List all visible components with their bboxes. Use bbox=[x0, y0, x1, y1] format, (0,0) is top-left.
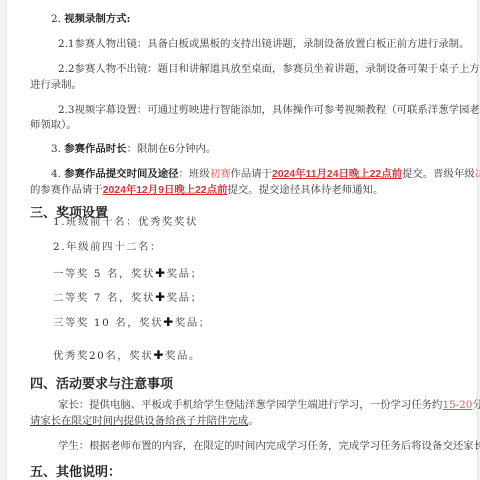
other-notes-heading: 五、其他说明： bbox=[30, 461, 121, 480]
section-2-title: 2. 视频录制方式: bbox=[51, 12, 130, 26]
section-2-label: 视频录制方式: bbox=[64, 13, 130, 25]
text: 作品请于 bbox=[230, 168, 272, 180]
plus-icon: ✚ bbox=[155, 290, 167, 304]
award-text: 奖品； bbox=[167, 292, 203, 304]
paragraph-2-1: 2.1参赛人物出镜：具备白板或黑板的支持出镜讲题，录制设备放置白板正前方进行录制… bbox=[58, 37, 469, 51]
paragraph-2-2-line2: 进行录制。 bbox=[30, 78, 82, 92]
parent-paragraph-line1: 家长：提供电脑、平板或手机给学生登陆洋葱学园学生端进行学习，一份学习任务约15-… bbox=[58, 398, 480, 412]
final-deadline: 2024年12月9日晚上22点前 bbox=[103, 185, 228, 196]
preliminary-deadline: 2024年11月24日晚上22点前 bbox=[272, 169, 402, 180]
section-3-text: ：限制在6分钟内。 bbox=[127, 143, 217, 155]
plus-icon: ✚ bbox=[163, 315, 175, 329]
study-time-range: 15-20 bbox=[442, 399, 472, 411]
award-text: 优秀奖20名，奖状 bbox=[53, 350, 153, 362]
award-text: 奖品； bbox=[167, 268, 203, 280]
section-3-label: 参赛作品时长 bbox=[64, 143, 126, 155]
award-text: 奖品。 bbox=[165, 350, 201, 362]
text: 提交。晋级年级 bbox=[402, 168, 475, 180]
award-text: 二等奖 7 名，奖状 bbox=[53, 292, 155, 304]
final-round-label: 决赛 bbox=[475, 168, 480, 180]
award-item-2: 2.年级前四十二名： bbox=[53, 240, 162, 254]
section-2-number: 2. bbox=[51, 13, 61, 25]
student-paragraph: 学生：根据老师布置的内容，在限定的时间内完成学习任务，完成学习任务后将设备交还家… bbox=[58, 439, 480, 453]
award-row-first-prize: 一等奖 5 名，奖状✚奖品； bbox=[53, 266, 203, 281]
section-4-label: 参赛作品提交时间及途径 bbox=[64, 168, 178, 180]
parent-paragraph-line2: 请家长在限定时间内提供设备给孩子并陪伴完成。 bbox=[30, 414, 259, 428]
paragraph-3: 3. 参赛作品时长：限制在6分钟内。 bbox=[51, 142, 216, 156]
text: 。 bbox=[248, 415, 258, 427]
text: 家长：提供电脑、平板或手机给学生登陆洋葱学园学生端进行学习，一份学习任务约 bbox=[58, 399, 442, 411]
paragraph-4-line1: 4. 参赛作品提交时间及途径：班级初赛作品请于2024年11月24日晚上22点前… bbox=[51, 167, 480, 182]
text: 的参赛作品请于 bbox=[30, 184, 103, 196]
award-text: 奖品； bbox=[175, 317, 211, 329]
section-4-number: 4. bbox=[51, 168, 61, 180]
plus-icon: ✚ bbox=[155, 266, 167, 280]
award-row-second-prize: 二等奖 7 名，奖状✚奖品； bbox=[53, 290, 203, 305]
award-row-third-prize: 三等奖 10 名，奖状✚奖品； bbox=[53, 315, 211, 330]
document-page: 2. 视频录制方式: 2.1参赛人物出镜：具备白板或黑板的支持出镜讲题，录制设备… bbox=[6, 0, 478, 480]
award-item-1: 1.班级前十名：优秀奖奖状 bbox=[53, 215, 198, 229]
paragraph-2-2-line1: 2.2参赛人物不出镜：题目和讲解道具放至桌面，参赛员坐着讲题，录制设备可架于桌子… bbox=[58, 62, 480, 76]
paragraph-2-3-line2: 师领取）。 bbox=[30, 118, 77, 132]
award-text: 一等奖 5 名，奖状 bbox=[53, 268, 155, 280]
parent-instruction-underlined: 请家长在限定时间内提供设备给孩子并陪伴完成 bbox=[30, 415, 248, 427]
preliminary-round-label: 初赛 bbox=[210, 168, 231, 180]
text: 分钟， bbox=[472, 399, 480, 411]
section-3-number: 3. bbox=[51, 143, 61, 155]
plus-icon: ✚ bbox=[153, 348, 165, 362]
text: ：班级 bbox=[179, 168, 210, 180]
text: 提交。提交途径具体待老师通知。 bbox=[227, 184, 383, 196]
paragraph-4-line2: 的参赛作品请于2024年12月9日晚上22点前提交。提交途径具体待老师通知。 bbox=[30, 183, 383, 198]
paragraph-2-3-line1: 2.3视频字幕设置：可通过剪映进行智能添加，具体操作可参考视频教程（可联系洋葱学… bbox=[58, 103, 480, 117]
award-row-excellence: 优秀奖20名，奖状✚奖品。 bbox=[53, 348, 201, 363]
award-text: 三等奖 10 名，奖状 bbox=[53, 317, 163, 329]
requirements-heading: 四、活动要求与注意事项 bbox=[30, 373, 173, 392]
